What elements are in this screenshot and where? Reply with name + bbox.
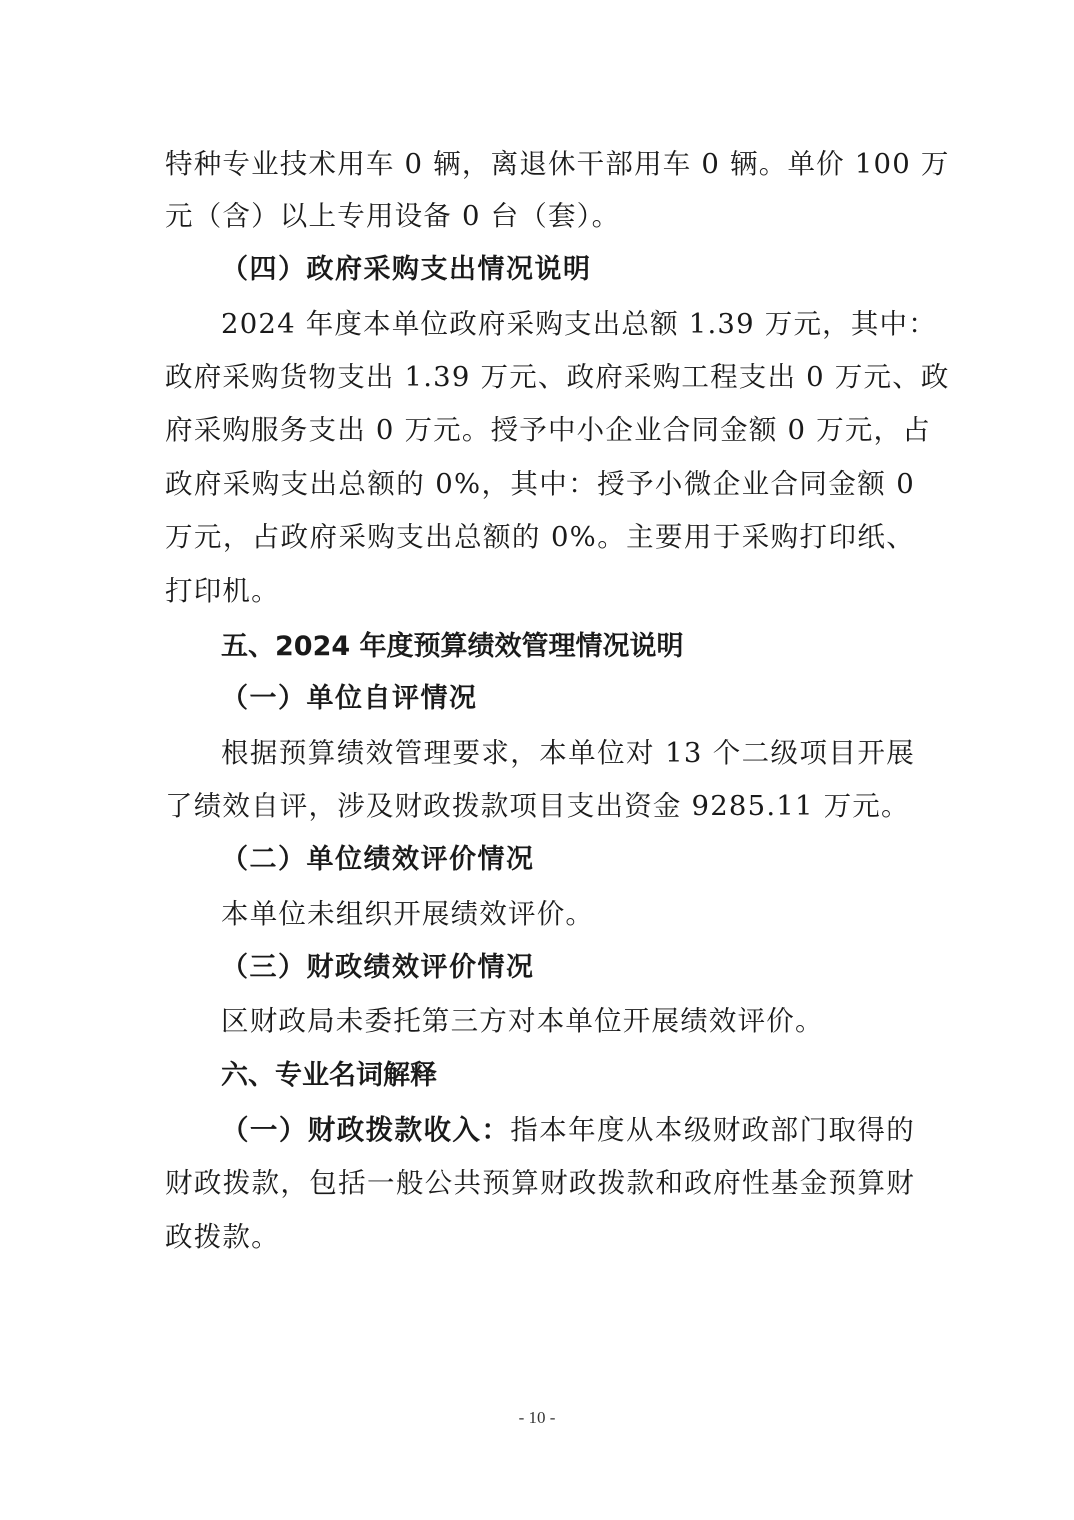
subsection-heading-procurement: （四）政府采购支出情况说明 (221, 250, 915, 290)
body-text-line: 特种专业技术用车 0 辆，离退休干部用车 0 辆。单价 100 万 (165, 144, 915, 184)
body-text-line: 万元，占政府采购支出总额的 0%。主要用于采购打印纸、 (165, 517, 915, 557)
page-number: - 10 - (0, 1408, 1074, 1428)
section-heading-glossary: 六、专业名词解释 (221, 1056, 915, 1096)
glossary-entry-first-line: （一）财政拨款收入：指本年度从本级财政部门取得的 (221, 1110, 915, 1150)
section-heading-performance: 五、2024 年度预算绩效管理情况说明 (221, 627, 915, 667)
body-text-line: 打印机。 (165, 571, 915, 611)
body-text-line: 根据预算绩效管理要求，本单位对 13 个二级项目开展 (221, 733, 915, 773)
body-text-line: 财政拨款，包括一般公共预算财政拨款和政府性基金预算财 (165, 1163, 915, 1203)
body-text-line: 元（含）以上专用设备 0 台（套）。 (165, 196, 915, 236)
body-text-line: 政拨款。 (165, 1217, 915, 1257)
body-text-line: 区财政局未委托第三方对本单位开展绩效评价。 (221, 1001, 915, 1041)
body-text-line: 政府采购支出总额的 0%，其中：授予小微企业合同金额 0 (165, 464, 915, 504)
body-text-line: 了绩效自评，涉及财政拨款项目支出资金 9285.11 万元。 (165, 786, 915, 826)
glossary-definition: 指本年度从本级财政部门取得的 (510, 1114, 915, 1146)
body-text-line: 2024 年度本单位政府采购支出总额 1.39 万元，其中： (221, 304, 915, 344)
subsection-heading-unit-eval: （二）单位绩效评价情况 (221, 840, 915, 880)
body-text-line: 府采购服务支出 0 万元。授予中小企业合同金额 0 万元，占 (165, 410, 915, 450)
body-text-line: 本单位未组织开展绩效评价。 (221, 894, 915, 934)
body-text-line: 政府采购货物支出 1.39 万元、政府采购工程支出 0 万元、政 (165, 357, 915, 397)
glossary-term: （一）财政拨款收入： (221, 1114, 510, 1146)
document-page: 特种专业技术用车 0 辆，离退休干部用车 0 辆。单价 100 万 元（含）以上… (0, 0, 1074, 1520)
subsection-heading-fiscal-eval: （三）财政绩效评价情况 (221, 948, 915, 988)
subsection-heading-self-eval: （一）单位自评情况 (221, 679, 915, 719)
